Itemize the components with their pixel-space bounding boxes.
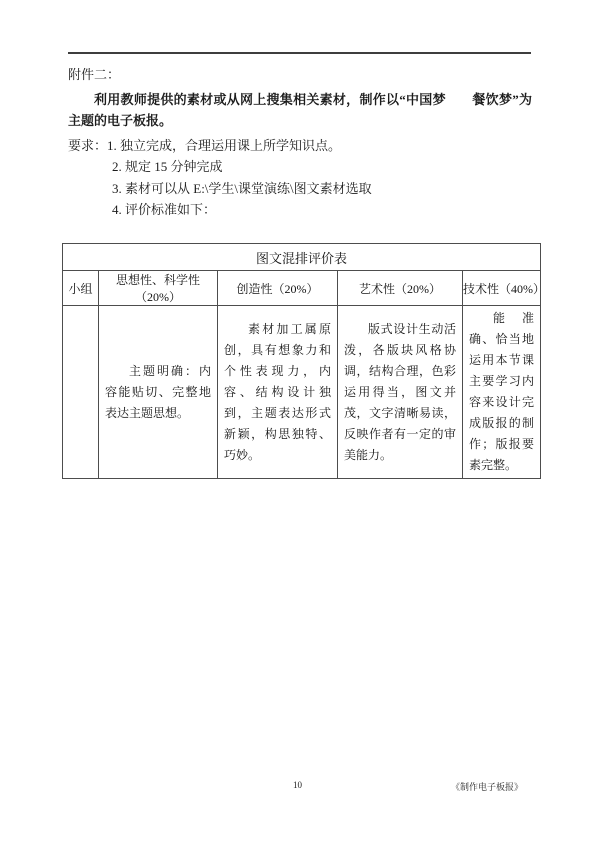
- table-header-row: 小组 思想性、科学性（20%） 创造性（20%） 艺术性（20%） 技术性（40…: [63, 271, 541, 306]
- cell-artistry-text: 版式设计生动活泼，各版块风格协调，结构合理，色彩运用得当，图文并茂，文字清晰易读…: [344, 319, 456, 466]
- requirement-item-3: 3. 素材可以从 E:\学生\课堂演练\图文素材选取: [112, 178, 532, 199]
- column-header-artistry: 艺术性（20%）: [338, 271, 463, 306]
- column-header-group: 小组: [63, 271, 99, 306]
- cell-creativity: 素材加工属原创，具有想象力和个性表现力，内容、结构设计独到，主题表达形式新颖，构…: [218, 306, 338, 479]
- column-header-creativity: 创造性（20%）: [218, 271, 338, 306]
- cell-ideology: 主题明确：内容能贴切、完整地表达主题思想。: [99, 306, 218, 479]
- cell-group: [63, 306, 99, 479]
- cell-artistry: 版式设计生动活泼，各版块风格协调，结构合理，色彩运用得当，图文并茂，文字清晰易读…: [338, 306, 463, 479]
- cell-creativity-text: 素材加工属原创，具有想象力和个性表现力，内容、结构设计独到，主题表达形式新颖，构…: [224, 319, 331, 466]
- footer-doc-title: 《制作电子板报》: [451, 780, 523, 793]
- evaluation-table: 图文混排评价表 小组 思想性、科学性（20%） 创造性（20%） 艺术性（20%…: [62, 243, 541, 479]
- table-title-row: 图文混排评价表: [63, 244, 541, 271]
- requirements-list: 要求：1. 独立完成，合理运用课上所学知识点。 2. 规定 15 分钟完成 3.…: [68, 135, 532, 220]
- intro-paragraph: 利用教师提供的素材或从网上搜集相关素材，制作以“中国梦 餐饮梦”为主题的电子板报…: [68, 89, 532, 131]
- requirement-item-1: 要求：1. 独立完成，合理运用课上所学知识点。: [68, 135, 532, 156]
- header-divider-rule: [68, 52, 531, 54]
- table-title: 图文混排评价表: [63, 244, 541, 271]
- attachment-label: 附件二：: [68, 66, 120, 84]
- requirement-item-2: 2. 规定 15 分钟完成: [112, 156, 532, 177]
- table-criteria-row: 主题明确：内容能贴切、完整地表达主题思想。 素材加工属原创，具有想象力和个性表现…: [63, 306, 541, 479]
- column-header-technique: 技术性（40%）: [463, 271, 541, 306]
- requirement-item-4: 4. 评价标准如下：: [112, 199, 532, 220]
- document-page: 附件二： 利用教师提供的素材或从网上搜集相关素材，制作以“中国梦 餐饮梦”为主题…: [0, 0, 595, 842]
- cell-technique-text: 能准确、恰当地运用本节课主要学习内容来设计完成版报的制作；版报要素完整。: [469, 308, 534, 476]
- column-header-ideology: 思想性、科学性（20%）: [99, 271, 218, 306]
- cell-ideology-text: 主题明确：内容能贴切、完整地表达主题思想。: [105, 361, 211, 424]
- cell-technique: 能准确、恰当地运用本节课主要学习内容来设计完成版报的制作；版报要素完整。: [463, 306, 541, 479]
